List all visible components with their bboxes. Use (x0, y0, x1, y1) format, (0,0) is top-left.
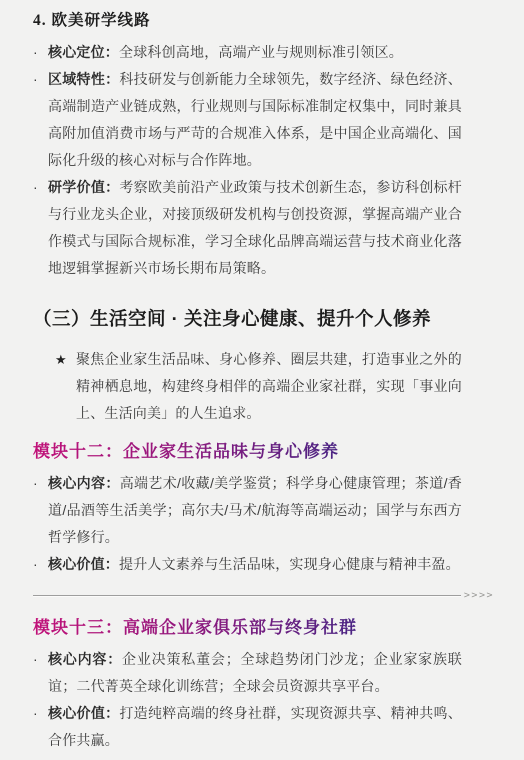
section-divider: >>>> (33, 589, 494, 603)
bullet-label: 核心价值： (48, 705, 119, 721)
divider-arrows: >>>> (464, 591, 494, 601)
bullet-label: 研学价值： (48, 179, 119, 195)
star-icon: ★ (55, 346, 76, 373)
bullet-dot-icon: · (33, 551, 48, 578)
bullet-label: 核心内容： (48, 475, 120, 491)
star-note: ★ 聚焦企业家生活品味、身心修养、圈层共建，打造事业之外的精神栖息地，构建终身相… (55, 346, 462, 427)
bullet-paragraph: 核心内容：高端艺术/收藏/美学鉴赏；科学身心健康管理；茶道/香道/品酒等生活美学… (48, 470, 462, 551)
bullet-dot-icon: · (33, 700, 48, 727)
module-12-heading: 模块十二：企业家生活品味与身心修养 (33, 440, 339, 464)
bullet-paragraph: 核心内容：企业决策私董会；全球趋势闭门沙龙；企业家家族联谊；二代菁英全球化训练营… (48, 646, 462, 700)
bullet-paragraph: 核心价值：打造纯粹高端的终身社群，实现资源共享、精神共鸣、合作共赢。 (48, 700, 462, 754)
bullet-label: 核心内容： (48, 651, 122, 667)
bullet-text: 提升人文素养与生活品味，实现身心健康与精神丰盈。 (119, 556, 460, 572)
bullet-paragraph: 核心价值：提升人文素养与生活品味，实现身心健康与精神丰盈。 (48, 551, 462, 578)
bullet-item-module12-value: · 核心价值：提升人文素养与生活品味，实现身心健康与精神丰盈。 (33, 551, 462, 578)
divider-line (33, 595, 461, 597)
bullet-dot-icon: · (33, 66, 48, 93)
bullet-item-core-positioning: · 核心定位：全球科创高地，高端产业与规则标准引领区。 (33, 39, 462, 66)
bullet-item-module13-value: · 核心价值：打造纯粹高端的终身社群，实现资源共享、精神共鸣、合作共赢。 (33, 700, 462, 754)
bullet-label: 区域特性： (48, 71, 119, 87)
section-life-heading: （三）生活空间 · 关注身心健康、提升个人修养 (33, 306, 462, 332)
bullet-label: 核心价值： (48, 556, 119, 572)
bullet-text: 全球科创高地，高端产业与规则标准引领区。 (119, 44, 403, 60)
bullet-paragraph: 研学价值：考察欧美前沿产业政策与技术创新生态，参访科创标杆与行业龙头企业，对接顶… (48, 174, 462, 282)
module-13-heading: 模块十三：高端企业家俱乐部与终身社群 (33, 616, 357, 640)
section-europe-heading: 4. 欧美研学线路 (33, 10, 462, 32)
bullet-item-regional-traits: · 区域特性：科技研发与创新能力全球领先，数字经济、绿色经济、高端制造产业链成熟… (33, 66, 462, 174)
bullet-item-module12-content: · 核心内容：高端艺术/收藏/美学鉴赏；科学身心健康管理；茶道/香道/品酒等生活… (33, 470, 462, 551)
document-page: 4. 欧美研学线路 · 核心定位：全球科创高地，高端产业与规则标准引领区。 · … (0, 0, 524, 760)
bullet-item-module13-content: · 核心内容：企业决策私董会；全球趋势闭门沙龙；企业家家族联谊；二代菁英全球化训… (33, 646, 462, 700)
bullet-item-study-value: · 研学价值：考察欧美前沿产业政策与技术创新生态，参访科创标杆与行业龙头企业，对… (33, 174, 462, 282)
star-note-text: 聚焦企业家生活品味、身心修养、圈层共建，打造事业之外的精神栖息地，构建终身相伴的… (76, 346, 462, 427)
bullet-dot-icon: · (33, 39, 48, 66)
bullet-paragraph: 区域特性：科技研发与创新能力全球领先，数字经济、绿色经济、高端制造产业链成熟，行… (48, 66, 462, 174)
bullet-paragraph: 核心定位：全球科创高地，高端产业与规则标准引领区。 (48, 39, 462, 66)
bullet-label: 核心定位： (48, 44, 119, 60)
bullet-dot-icon: · (33, 646, 48, 673)
bullet-dot-icon: · (33, 174, 48, 201)
bullet-dot-icon: · (33, 470, 48, 497)
